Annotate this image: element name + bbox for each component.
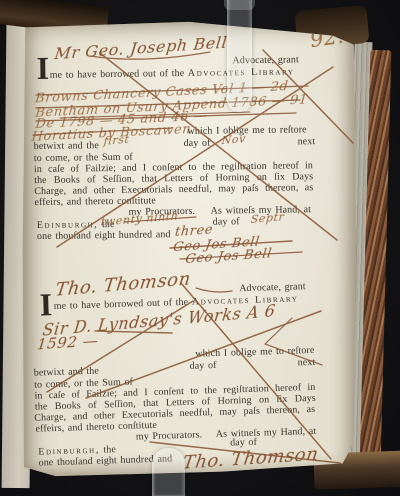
printed-initial: I	[39, 288, 52, 320]
print-borrowed-prefix: me to have borrowed out of the	[50, 68, 185, 81]
print-betwixt: betwixt and the	[34, 141, 99, 152]
photo-of-borrowing-register: { "page_number": "92.", "form_print": { …	[0, 0, 400, 496]
print-betwixt: betwixt and the	[34, 367, 99, 379]
print-advocate-grant: Advocate, grant	[239, 282, 306, 294]
register-page: 92. I Mr Geo. Joseph Bell Advocate, gran…	[22, 20, 356, 478]
print-oblige-line: which I oblige me to reſtore	[187, 125, 306, 137]
print-next: next	[298, 137, 316, 147]
signed-month-handwritten: Septr	[250, 211, 285, 225]
page-strap-top	[227, 0, 252, 112]
print-the: the	[103, 444, 116, 455]
printed-initial: I	[36, 52, 49, 84]
signature-crossed: Tho. Thomson	[181, 445, 319, 472]
page-strap-bottom	[152, 448, 185, 496]
loan-form-entry-1: I Mr Geo. Joseph Bell Advocate, grant me…	[30, 46, 333, 288]
signed-day-handwritten: twenty ninth	[100, 210, 179, 228]
print-thousand: one thouſand eight hundred and	[37, 230, 171, 242]
print-next: next	[298, 358, 316, 369]
print-charge: Charge, and other Executorials needful, …	[34, 183, 313, 197]
loan-form-entry-2: I Tho. Thomson Advocate, grant me to hav…	[29, 273, 337, 478]
book-title-line: 1592 —	[36, 333, 99, 352]
print-day-of: day of	[184, 139, 211, 149]
return-month-handwritten: Nov	[221, 133, 246, 146]
print-borrowed-line: me to have borrowed out of the Advocates…	[50, 67, 295, 80]
borrower-name-handwritten: Mr Geo. Joseph Bell	[54, 35, 228, 63]
print-procurators: my Procurators.	[136, 430, 203, 442]
print-day-of-2: day of	[213, 217, 240, 227]
print-day-of: day of	[190, 361, 217, 372]
signed-year-handwritten: three	[174, 224, 214, 240]
return-day-handwritten: first	[103, 134, 130, 147]
print-edinburgh: Edinburgh,	[37, 219, 99, 231]
strap-clip	[224, 0, 255, 10]
